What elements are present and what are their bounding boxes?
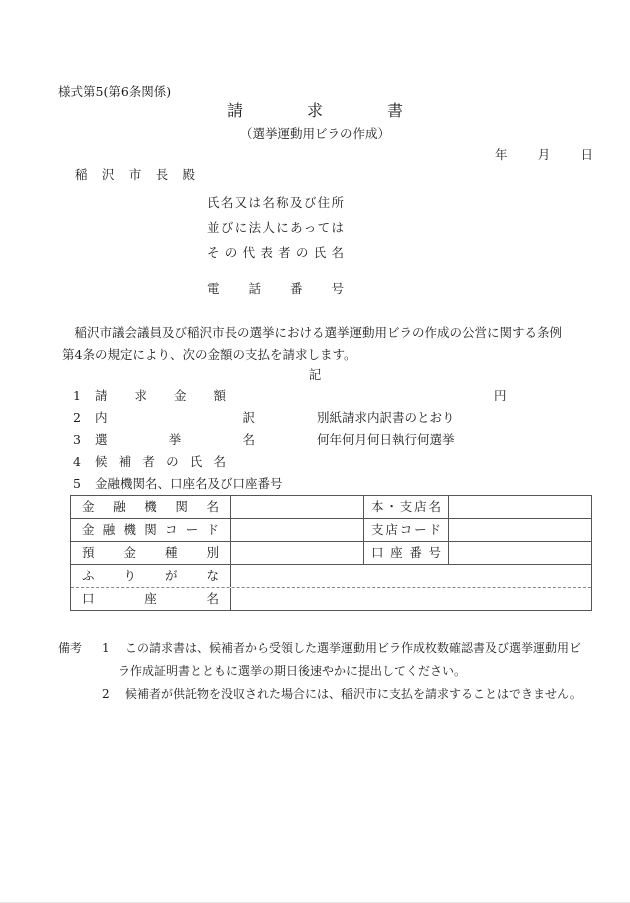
item-number: 2 (73, 407, 81, 429)
notes-heading: 備考 (58, 637, 102, 706)
body-paragraph-line-2: 第4条の規定により、次の金額の支払を請求します。 (62, 344, 630, 366)
field-financial-institution-code (231, 519, 364, 541)
notes-block: 備考 1 この請求書は、候補者から受領した選挙運動用ビラ作成枚数確認書及び選挙運… (0, 637, 630, 706)
field-deposit-type (231, 542, 364, 564)
document-title: 請求書 (227, 100, 403, 121)
phone-number-label: 電話番号 (207, 280, 344, 297)
table-row-deposit-type: 預金種別 口座番号 (71, 542, 591, 565)
item-label-breakdown: 内訳 (95, 407, 255, 429)
item-row-breakdown: 2 内訳 別紙請求内訳書のとおり (0, 407, 630, 429)
note-text: この請求書は、候補者から受領した選挙運動用ビラ作成枚数確認書及び選挙運動用ビ ラ… (125, 637, 581, 683)
label-account-name: 口座名 (71, 588, 231, 610)
item-value-breakdown: 別紙請求内訳書のとおり (317, 407, 455, 429)
sender-name-address-line-3: その代表者の氏名 (207, 240, 344, 265)
note-1-line-1: この請求書は、候補者から受領した選挙運動用ビラ作成枚数確認書及び選挙運動用ビ (125, 637, 581, 660)
body-paragraph: 稲沢市議会議員及び稲沢市長の選挙における選挙運動用ビラの作成の公営に関する条例 … (62, 322, 630, 366)
label-deposit-type: 預金種別 (71, 542, 231, 564)
document-subtitle: （選挙運動用ビラの作成） (0, 125, 630, 142)
table-row-furigana: ふりがな (71, 565, 591, 588)
field-financial-institution-name (231, 496, 364, 518)
table-row-institution-name: 金融機関名 本・支店名 (71, 496, 591, 519)
item-number: 4 (73, 451, 81, 473)
item-label-claim-amount: 請求金額 (95, 385, 226, 407)
label-financial-institution-name: 金融機関名 (71, 496, 231, 518)
note-text: 候補者が供託物を没収された場合には、稲沢市に支払を請求することはできません。 (125, 683, 582, 706)
item-number: 1 (73, 385, 81, 407)
item-row-candidate-name: 4 候補者の氏名 (0, 451, 630, 473)
note-item-1: 1 この請求書は、候補者から受領した選挙運動用ビラ作成枚数確認書及び選挙運動用ビ… (102, 637, 582, 683)
form-number: 様式第5(第6条関係) (58, 83, 630, 100)
label-financial-institution-code: 金融機関コード (71, 519, 231, 541)
request-form-page: 様式第5(第6条関係) 請求書 （選挙運動用ビラの作成） 年月日 稲沢市長殿 氏… (0, 0, 630, 903)
sender-name-address-line-1: 氏名又は名称及び住所 (207, 190, 344, 215)
table-row-institution-code: 金融機関コード 支店コード (71, 519, 591, 542)
item-label-candidate-name: 候補者の氏名 (95, 451, 226, 473)
recipient-mayor-line: 稲沢市長殿 (75, 166, 195, 183)
body-paragraph-line-1: 稲沢市議会議員及び稲沢市長の選挙における選挙運動用ビラの作成の公営に関する条例 (62, 322, 630, 344)
sender-name-address-line-2: 並びに法人にあっては (207, 215, 344, 240)
label-account-number: 口座番号 (364, 542, 449, 564)
items-list: 1 請求金額 円 2 内訳 別紙請求内訳書のとおり 3 選挙名 何年何月何日執行… (0, 385, 630, 495)
item-number: 3 (73, 429, 81, 451)
item-row-election-name: 3 選挙名 何年何月何日執行何選挙 (0, 429, 630, 451)
note-2-line-1: 候補者が供託物を没収された場合には、稲沢市に支払を請求することはできません。 (125, 683, 582, 706)
label-head-branch-name: 本・支店名 (364, 496, 449, 518)
ki-heading: 記 (0, 366, 630, 383)
notes-body: 1 この請求書は、候補者から受領した選挙運動用ビラ作成枚数確認書及び選挙運動用ビ… (102, 637, 582, 706)
label-branch-code: 支店コード (364, 519, 449, 541)
field-furigana (231, 565, 591, 587)
bank-account-table: 金融機関名 本・支店名 金融機関コード 支店コード 預金種別 口座番号 ふりがな… (70, 495, 592, 611)
item-label-bank-account: 金融機関名、口座名及び口座番号 (95, 473, 283, 495)
item-number: 5 (73, 473, 81, 495)
yen-suffix-label: 円 (494, 385, 507, 407)
sender-block: 氏名又は名称及び住所 並びに法人にあっては その代表者の氏名 電話番号 (207, 190, 344, 297)
field-head-branch-name (449, 496, 591, 518)
note-1-line-2: ラ作成証明書とともに選挙の期日後速やかに提出してください。 (118, 660, 581, 683)
field-account-name (231, 588, 591, 610)
item-label-election-name: 選挙名 (95, 429, 255, 451)
label-furigana: ふりがな (71, 565, 231, 587)
field-branch-code (449, 519, 591, 541)
item-row-claim-amount: 1 請求金額 円 (0, 385, 630, 407)
field-account-number (449, 542, 591, 564)
table-row-account-name: 口座名 (71, 588, 591, 610)
item-row-bank-account: 5 金融機関名、口座名及び口座番号 (0, 473, 630, 495)
note-item-2: 2 候補者が供託物を没収された場合には、稲沢市に支払を請求することはできません。 (102, 683, 582, 706)
note-number: 2 (102, 683, 125, 706)
date-line: 年月日 (495, 146, 593, 163)
item-value-election-name: 何年何月何日執行何選挙 (317, 429, 455, 451)
